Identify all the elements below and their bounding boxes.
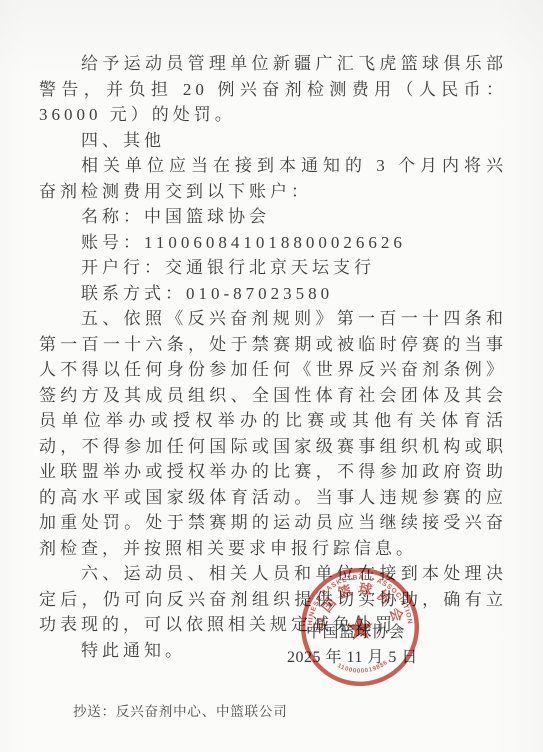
paragraph-payment-instruction: 相关单位应当在接到本通知的 3 个月内将兴奋剂检测费用交到以下账户： [39,153,507,204]
star-icon [346,614,374,640]
seal-code: 1100000019886 [336,659,390,677]
paragraph-section-5: 五、依照《反兴奋剂规则》第一百一十四条和第一百一十六条，处于禁赛期或被临时停赛的… [39,306,507,561]
document-page: 给予运动员管理单位新疆广汇飞虎篮球俱乐部警告，并负担 20 例兴奋剂检测费用（人… [0,0,543,752]
paragraph-section-6: 六、运动员、相关人员和单位在接到本处理决定后，仍可向反兴奋剂组织提供切实协助，确… [39,561,507,638]
bank-account-line: 账号：110060841018800026626 [39,230,507,256]
bank-branch-line: 开户行：交通银行北京天坛支行 [39,255,507,281]
contact-line: 联系方式：010-87023580 [39,281,507,307]
paragraph-penalty: 给予运动员管理单位新疆广汇飞虎篮球俱乐部警告，并负担 20 例兴奋剂检测费用（人… [39,51,507,128]
heading-section-4: 四、其他 [39,128,507,154]
bank-name-line: 名称：中国篮球协会 [39,204,507,230]
closing-line: 特此通知。 [39,638,507,664]
official-seal-stamp: CHINESE BASKETBALL ASSOCIATION 中国篮球协会 11… [296,563,424,691]
cc-line: 抄送：反兴奋剂中心、中篮联公司 [73,700,288,720]
document-body: 给予运动员管理单位新疆广汇飞虎篮球俱乐部警告，并负担 20 例兴奋剂检测费用（人… [39,51,507,663]
